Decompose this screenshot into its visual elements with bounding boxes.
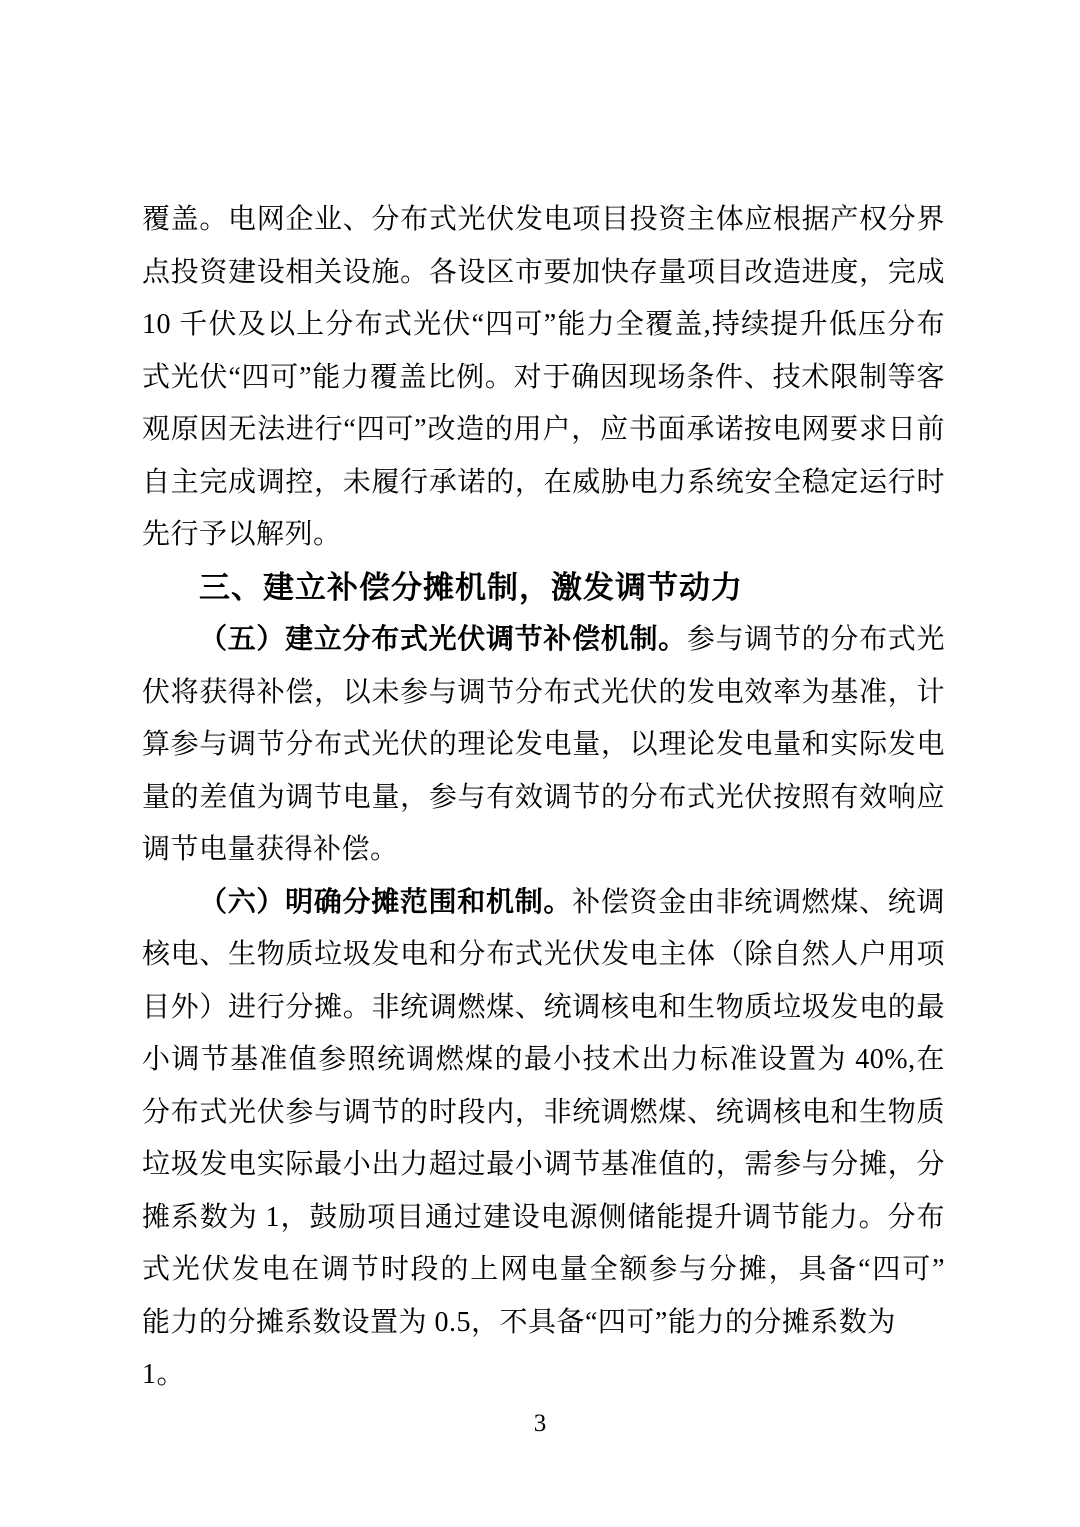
text-line: 点投资建设相关设施。各设区市要加快存量项目改造进度，完成 xyxy=(142,247,945,300)
text-line: 式光伏发电在调节时段的上网电量全额参与分摊，具备“四可” xyxy=(142,1244,945,1297)
text-line: 核电、生物质垃圾发电和分布式光伏发电主体（除自然人户用项 xyxy=(142,929,945,982)
document-text-block: 覆盖。电网企业、分布式光伏发电项目投资主体应根据产权分界 点投资建设相关设施。各… xyxy=(142,194,945,1349)
text-line: 能力的分摊系数设置为 0.5，不具备“四可”能力的分摊系数为 1。 xyxy=(142,1297,945,1350)
text-line: （五）建立分布式光伏调节补偿机制。参与调节的分布式光 xyxy=(142,614,945,667)
text-line: 摊系数为 1，鼓励项目通过建设电源侧储能提升调节能力。分布 xyxy=(142,1192,945,1245)
paragraph-lead: （六）明确分摊范围和机制。 xyxy=(199,887,572,918)
text-line: 观原因无法进行“四可”改造的用户，应书面承诺按电网要求日前 xyxy=(142,404,945,457)
section-heading: 三、建立补偿分摊机制，激发调节动力 xyxy=(142,562,945,615)
document-page: 覆盖。电网企业、分布式光伏发电项目投资主体应根据产权分界 点投资建设相关设施。各… xyxy=(0,0,1080,1527)
text-line: 算参与调节分布式光伏的理论发电量，以理论发电量和实际发电 xyxy=(142,719,945,772)
text-line: 小调节基准值参照统调燃煤的最小技术出力标准设置为 40%,在 xyxy=(142,1034,945,1087)
text-line: 式光伏“四可”能力覆盖比例。对于确因现场条件、技术限制等客 xyxy=(142,352,945,405)
paragraph-text: 补偿资金由非统调燃煤、统调 xyxy=(572,887,945,918)
text-line: 量的差值为调节电量，参与有效调节的分布式光伏按照有效响应 xyxy=(142,772,945,825)
text-line: 垃圾发电实际最小出力超过最小调节基准值的，需参与分摊，分 xyxy=(142,1139,945,1192)
page-number: 3 xyxy=(0,1408,1080,1440)
text-line: 10 千伏及以上分布式光伏“四可”能力全覆盖,持续提升低压分布 xyxy=(142,299,945,352)
text-line: 分布式光伏参与调节的时段内，非统调燃煤、统调核电和生物质 xyxy=(142,1087,945,1140)
text-line: 自主完成调控，未履行承诺的，在威胁电力系统安全稳定运行时 xyxy=(142,457,945,510)
text-line: 先行予以解列。 xyxy=(142,509,945,562)
paragraph-lead: （五）建立分布式光伏调节补偿机制。 xyxy=(199,624,687,655)
text-line: 目外）进行分摊。非统调燃煤、统调核电和生物质垃圾发电的最 xyxy=(142,982,945,1035)
paragraph-text: 参与调节的分布式光 xyxy=(687,624,945,655)
text-line: 伏将获得补偿，以未参与调节分布式光伏的发电效率为基准，计 xyxy=(142,667,945,720)
text-line: 覆盖。电网企业、分布式光伏发电项目投资主体应根据产权分界 xyxy=(142,194,945,247)
text-line: 调节电量获得补偿。 xyxy=(142,824,945,877)
text-line: （六）明确分摊范围和机制。补偿资金由非统调燃煤、统调 xyxy=(142,877,945,930)
